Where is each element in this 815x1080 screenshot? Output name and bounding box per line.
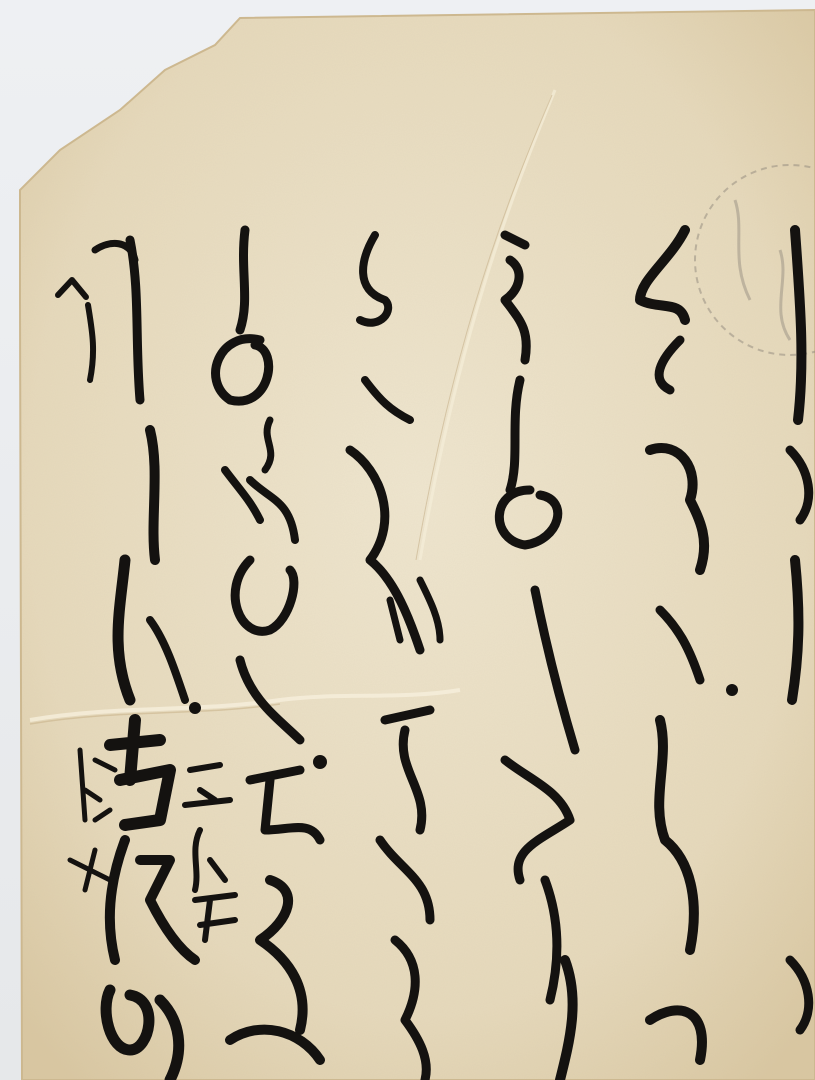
- calligraphy-ink: [0, 0, 815, 1080]
- letter-paper: [0, 0, 815, 1080]
